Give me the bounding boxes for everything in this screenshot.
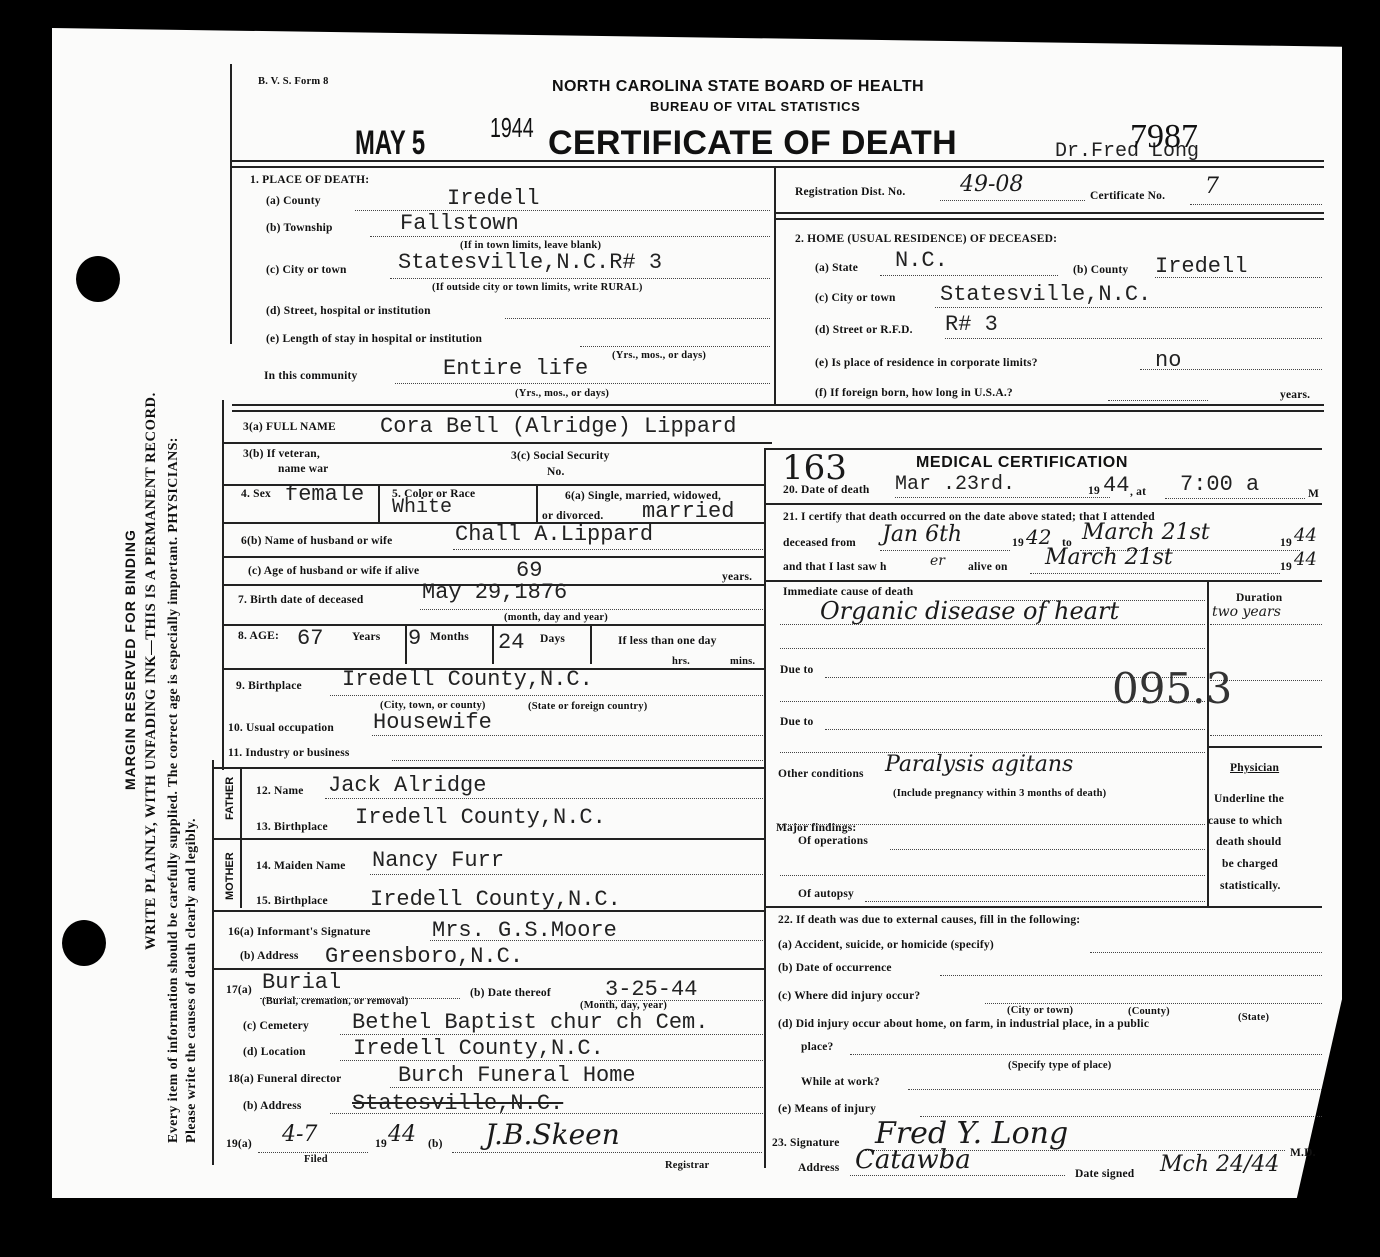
burial-type-value: Burial	[262, 970, 341, 995]
location-label: (d) Location	[243, 1046, 306, 1058]
physician-rule	[1208, 746, 1322, 748]
margin-every-item: Every item of information should be care…	[166, 437, 182, 1143]
mother-divider	[240, 838, 242, 908]
community-line	[395, 383, 770, 384]
certificate-no-label: Certificate No.	[1090, 190, 1165, 202]
duration-line-3	[1210, 735, 1322, 736]
age-days-label: Days	[540, 633, 565, 645]
filed-label-a: 19(a)	[226, 1138, 252, 1150]
to-year-prefix: 19	[1280, 537, 1292, 549]
township-label: (b) Township	[266, 222, 333, 234]
occupation-label: 10. Usual occupation	[228, 722, 334, 734]
spouse-label: 6(b) Name of husband or wife	[241, 535, 392, 547]
race-divider	[536, 484, 538, 522]
home-county-label: (b) County	[1073, 264, 1128, 276]
birthplace-value: Iredell County,N.C.	[342, 667, 593, 692]
mother-birthplace-label: 15. Birthplace	[256, 895, 328, 907]
corporate-limits-value: no	[1155, 348, 1181, 373]
date-signed-value: Mch 24/44	[1160, 1152, 1279, 1177]
physician-note-4: be charged	[1222, 858, 1278, 870]
operations-line	[890, 849, 1205, 850]
age-divider-1	[405, 624, 407, 664]
binding-hole-top	[76, 256, 120, 302]
last-saw-date-value: March 21st	[1045, 545, 1173, 570]
mother-rule	[214, 910, 764, 912]
age-months-value: 9	[408, 626, 421, 651]
duration-divider	[1207, 582, 1209, 907]
birth-date-value: May 29,1876	[422, 580, 567, 605]
mother-name-line	[370, 874, 763, 875]
from-year-prefix: 19	[1012, 537, 1024, 549]
occurrence-date-label: (b) Date of occurrence	[778, 962, 892, 974]
death-time-line	[1165, 498, 1305, 499]
community-label: In this community	[264, 370, 358, 382]
industry-label: 11. Industry or business	[228, 747, 350, 759]
filed-label-b: (b)	[428, 1138, 443, 1150]
father-side-label: FATHER	[224, 777, 236, 820]
burial-date-label: (b) Date thereof	[470, 987, 551, 999]
father-birthplace-label: 13. Birthplace	[256, 821, 328, 833]
physician-note-1: Underline the	[1214, 793, 1284, 805]
spouse-line	[453, 549, 763, 550]
home-city-label: (c) City or town	[815, 292, 896, 304]
accident-line	[1090, 952, 1322, 953]
last-saw-year-value: 44	[1294, 549, 1317, 570]
attended-from-line	[880, 550, 1010, 551]
informant-address-label: (b) Address	[240, 950, 299, 962]
age-days-value: 24	[498, 630, 524, 655]
other-conditions-value: Paralysis agitans	[885, 752, 1073, 777]
center-divider	[774, 168, 776, 406]
father-rule	[214, 838, 764, 840]
home-state-value: N.C.	[895, 248, 948, 273]
duration-label: Duration	[1236, 592, 1282, 604]
county-label: (a) County	[266, 195, 321, 207]
registrar-line	[452, 1152, 762, 1153]
stay-note: (Yrs., mos., or days)	[612, 350, 706, 361]
spouse-age-label: (c) Age of husband or wife if alive	[248, 565, 419, 577]
veteran-label-2: name war	[278, 463, 328, 475]
cemetery-value: Bethel Baptist chur ch Cem.	[352, 1010, 708, 1035]
city-line	[390, 278, 770, 279]
home-county-value: Iredell	[1155, 254, 1247, 279]
signature-label: 23. Signature	[772, 1137, 840, 1149]
injury-where-line	[985, 1003, 1322, 1004]
due-to-line-2	[825, 729, 1205, 730]
spouse-value: Chall A.Lippard	[455, 522, 653, 547]
father-name-value: Jack Alridge	[328, 773, 486, 798]
full-name-value: Cora Bell (Alridge) Lippard	[380, 414, 736, 439]
death-date-value: Mar .23rd.	[895, 473, 1015, 496]
registration-dist-value: 49-08	[960, 172, 1023, 197]
certificate-title: CERTIFICATE OF DEATH	[548, 124, 957, 163]
sex-value: female	[285, 482, 364, 507]
autopsy-label: Of autopsy	[798, 888, 854, 900]
filed-year-value: 44	[388, 1122, 416, 1147]
immediate-line-3	[780, 648, 1205, 649]
death-year-value: 44	[1103, 473, 1129, 498]
age-years-value: 67	[297, 626, 323, 651]
where-note-city: (City or town)	[1007, 1005, 1073, 1016]
foreign-line	[1108, 400, 1208, 401]
immediate-line-2	[780, 624, 1205, 625]
township-value: Fallstown	[400, 211, 519, 236]
file-number: 7987	[1130, 118, 1198, 156]
mother-name-label: 14. Maiden Name	[256, 860, 346, 872]
occurrence-date-line	[940, 975, 1322, 976]
due-to-label-1: Due to	[780, 664, 813, 676]
physician-address-label: Address	[798, 1162, 839, 1174]
physician-note-3: death should	[1216, 836, 1281, 848]
home-state-label: (a) State	[815, 262, 858, 274]
attended-from-value: Jan 6th	[882, 522, 962, 547]
autopsy-line	[865, 901, 1205, 902]
death-time-value: 7:00 a	[1180, 472, 1259, 497]
received-stamp-date: MAY 5	[355, 124, 425, 163]
funeral-address-label: (b) Address	[243, 1100, 302, 1112]
death-year-prefix: 19	[1088, 485, 1100, 497]
last-saw-label: and that I last saw h	[783, 561, 887, 573]
age-label: 8. AGE:	[238, 630, 279, 642]
means-of-injury-label: (e) Means of injury	[778, 1103, 876, 1115]
last-saw-pronoun: er	[930, 553, 945, 569]
age-divider-2	[492, 624, 494, 664]
birthplace-label: 9. Birthplace	[236, 680, 302, 692]
md-label: M.D.	[1290, 1147, 1316, 1159]
foreign-born-label: (f) If foreign born, how long in U.S.A.?	[815, 387, 1013, 399]
county-value: Iredell	[447, 186, 539, 211]
medical-heading: MEDICAL CERTIFICATION	[916, 454, 1128, 472]
other-conditions-note: (Include pregnancy within 3 months of de…	[893, 788, 1106, 799]
form-left-border	[230, 64, 232, 344]
marital-label-2: or divorced.	[542, 510, 603, 522]
street-line	[505, 318, 770, 319]
marital-value: married	[642, 499, 734, 524]
location-value: Iredell County,N.C.	[353, 1036, 604, 1061]
death-time-m: M	[1308, 488, 1319, 500]
received-stamp-year: 1944	[490, 112, 534, 144]
home-heading: 2. HOME (USUAL RESIDENCE) OF DECEASED:	[795, 233, 1057, 245]
funeral-director-value: Burch Funeral Home	[398, 1063, 636, 1088]
attended-to-value: March 21st	[1082, 520, 1210, 545]
father-name-label: 12. Name	[256, 785, 304, 797]
community-value: Entire life	[443, 356, 588, 381]
state-line	[880, 275, 1058, 276]
alive-on-label: alive on	[968, 561, 1008, 573]
mins-label: mins.	[730, 656, 755, 667]
registrar-signature: J.B.Skeen	[485, 1118, 620, 1151]
mother-birthplace-value: Iredell County,N.C.	[370, 887, 621, 912]
informant-signature-value: Mrs. G.S.Moore	[432, 918, 617, 943]
physician-address-value: Catawba	[855, 1145, 971, 1175]
burial-type-label: 17(a)	[226, 984, 252, 996]
place-of-death-heading: 1. PLACE OF DEATH:	[250, 174, 369, 186]
last-saw-year-prefix: 19	[1280, 561, 1292, 573]
race-value: White	[392, 496, 452, 519]
industry-line	[392, 760, 763, 761]
sex-divider	[378, 484, 380, 522]
birthplace-note-state: (State or foreign country)	[528, 701, 647, 712]
margin-code: 163	[782, 448, 847, 488]
father-divider	[240, 768, 242, 838]
injury-place-note: (Specify type of place)	[1008, 1060, 1111, 1071]
age-divider-3	[590, 624, 592, 664]
center-divider-lower	[764, 448, 766, 1168]
due-to-label-2: Due to	[780, 716, 813, 728]
social-security-label-2: No.	[547, 466, 565, 478]
informant-address-value: Greensboro,N.C.	[325, 944, 523, 969]
injury-place-line	[850, 1054, 1322, 1055]
binding-hole-bottom	[62, 920, 106, 966]
external-heading: 22. If death was due to external causes,…	[778, 914, 1080, 926]
foreign-years-label: years.	[1280, 389, 1310, 401]
margin-write-plainly: WRITE PLAINLY, WITH UNFADING INK—THIS IS…	[143, 392, 160, 950]
section-1-2-rule	[232, 404, 1324, 412]
birthplace-line	[330, 695, 763, 696]
last-saw-line	[1030, 573, 1280, 574]
registration-dist-label: Registration Dist. No.	[795, 186, 905, 198]
immediate-cause-value: Organic disease of heart	[820, 597, 1119, 625]
birth-date-line	[420, 609, 763, 610]
duration-value: two years	[1212, 604, 1281, 620]
death-at-label: , at	[1130, 486, 1146, 498]
registration-rule	[776, 212, 1324, 220]
home-street-label: (d) Street or R.F.D.	[815, 324, 913, 336]
injury-place-label: place?	[801, 1041, 834, 1053]
physician-note-2: cause to which	[1208, 815, 1282, 827]
last-saw-rule	[766, 580, 1322, 582]
city-value: Statesville,N.C.R# 3	[398, 250, 662, 275]
township-line	[370, 236, 770, 237]
street-label: (d) Street, hospital or institution	[266, 305, 431, 317]
home-city-value: Statesville,N.C.	[940, 282, 1151, 307]
industry-rule	[214, 767, 764, 769]
burial-date-value: 3-25-44	[605, 977, 697, 1002]
death-date-line	[895, 497, 1110, 498]
sex-label: 4. Sex	[241, 488, 271, 500]
spouse-age-years: years.	[722, 571, 752, 583]
board-title: NORTH CAROLINA STATE BOARD OF HEALTH	[552, 78, 924, 96]
dist-line	[940, 200, 1085, 201]
less-than-day-label: If less than one day	[618, 635, 717, 647]
funeral-director-label: 18(a) Funeral director	[228, 1073, 341, 1085]
margin-please-write: Please write the causes of death clearly…	[184, 818, 200, 1143]
cert-line	[1190, 204, 1322, 205]
stay-label: (e) Length of stay in hospital or instit…	[266, 333, 482, 345]
burial-type-note: (Burial, cremation, or removal)	[262, 996, 408, 1007]
city-note: (If outside city or town limits, write R…	[432, 282, 643, 293]
funeral-address-value: Statesville,N.C.	[352, 1091, 563, 1116]
occupation-line	[372, 735, 763, 736]
city-label: (c) City or town	[266, 264, 347, 276]
certificate-no-value: 7	[1205, 174, 1219, 199]
statistical-code: 095.3	[1112, 664, 1232, 713]
filed-date-line	[258, 1152, 368, 1153]
form-left-border-lower	[212, 760, 214, 1165]
major-findings-label: Major findings:	[776, 822, 856, 834]
mother-name-value: Nancy Furr	[372, 848, 504, 873]
accident-label: (a) Accident, suicide, or homicide (spec…	[778, 939, 994, 951]
age-months-label: Months	[430, 631, 469, 643]
injury-about-label: (d) Did injury occur about home, on farm…	[778, 1018, 1149, 1030]
filed-caption: Filed	[304, 1154, 328, 1165]
where-note-state: (State)	[1238, 1012, 1269, 1023]
veteran-label: 3(b) If veteran,	[243, 448, 320, 460]
where-note-county: (County)	[1128, 1006, 1170, 1017]
filed-year-prefix: 19	[375, 1138, 387, 1150]
community-note: (Yrs., mos., or days)	[515, 388, 609, 399]
mother-side-label: MOTHER	[224, 852, 236, 900]
informant-signature-label: 16(a) Informant's Signature	[228, 926, 371, 938]
corporate-limits-label: (e) Is place of residence in corporate l…	[815, 357, 1038, 369]
death-date-label: 20. Date of death	[783, 484, 869, 496]
bureau-title: BUREAU OF VITAL STATISTICS	[650, 99, 860, 114]
physician-address-line	[850, 1175, 1065, 1176]
duration-line-1	[1210, 624, 1322, 625]
header-rule	[232, 160, 1324, 168]
form-number: B. V. S. Form 8	[258, 76, 329, 87]
deceased-from-label: deceased from	[783, 537, 856, 549]
father-name-line	[325, 798, 763, 799]
while-at-work-label: While at work?	[801, 1076, 880, 1088]
injury-where-label: (c) Where did injury occur?	[778, 990, 920, 1002]
while-at-work-line	[908, 1089, 1322, 1090]
name-rule	[224, 442, 772, 444]
birth-date-note: (month, day and year)	[504, 612, 608, 623]
physician-note-5: statistically.	[1220, 880, 1281, 892]
home-street-value: R# 3	[945, 312, 998, 337]
registrar-label: Registrar	[665, 1160, 709, 1171]
filed-date-value: 4-7	[282, 1122, 317, 1147]
father-birthplace-value: Iredell County,N.C.	[355, 805, 606, 830]
spouse-rule	[224, 556, 764, 558]
stay-line	[580, 346, 770, 347]
occupation-value: Housewife	[373, 710, 492, 735]
margin-binding-note: MARGIN RESERVED FOR BINDING	[122, 529, 138, 790]
hrs-label: hrs.	[672, 656, 690, 667]
operations-label: Of operations	[798, 835, 868, 847]
other-conditions-label: Other conditions	[778, 768, 864, 780]
to-year-value: 44	[1294, 525, 1317, 546]
physician-heading: Physician	[1230, 762, 1279, 774]
findings-rule	[766, 906, 1322, 908]
home-city-line	[935, 307, 1322, 308]
social-security-label: 3(c) Social Security	[511, 450, 610, 462]
operations-line-2	[780, 875, 1205, 876]
age-years-label: Years	[352, 631, 380, 643]
full-name-label: 3(a) FULL NAME	[243, 421, 336, 433]
medical-top-rule	[766, 448, 1322, 450]
home-street-line	[945, 338, 1322, 339]
cemetery-label: (c) Cemetery	[243, 1020, 309, 1032]
date-signed-label: Date signed	[1075, 1168, 1134, 1180]
death-date-rule	[766, 503, 1322, 505]
birth-date-label: 7. Birth date of deceased	[238, 594, 363, 606]
